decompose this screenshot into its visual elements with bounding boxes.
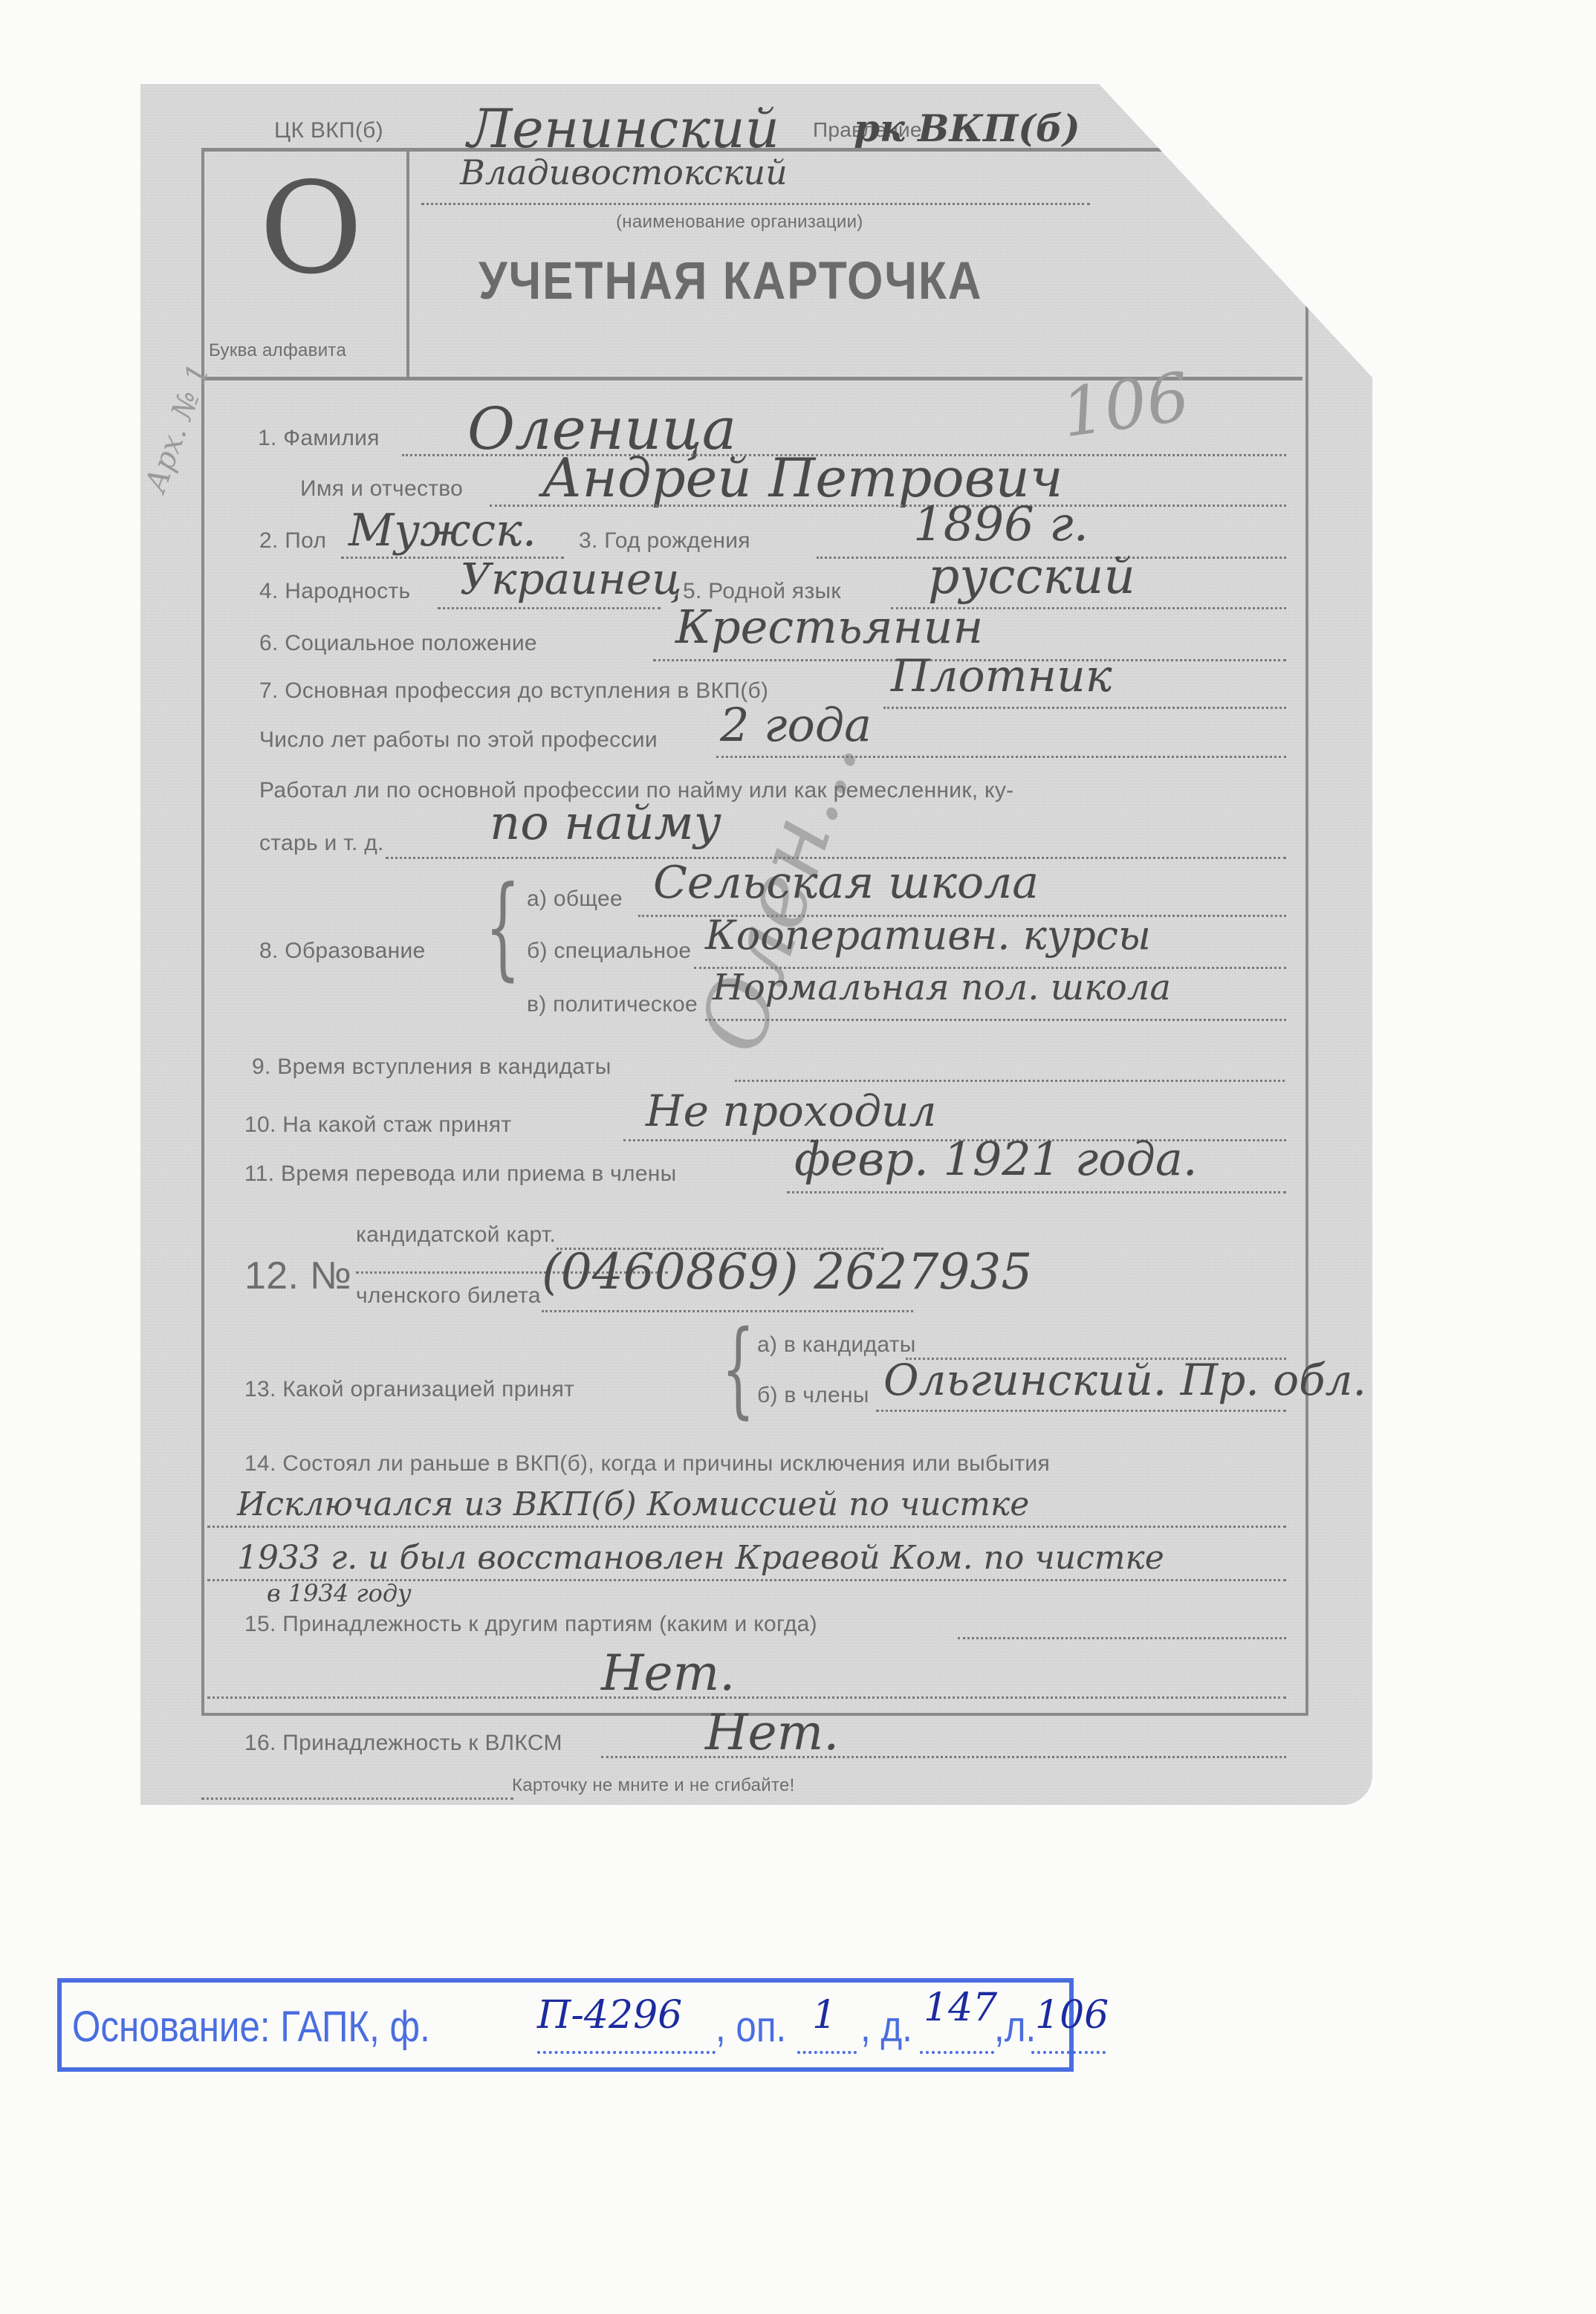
- profession-label: 7. Основная профессия до вступления в ВК…: [259, 678, 768, 704]
- prior-line-1: [207, 1526, 1286, 1528]
- stamp-list-label: ,л.: [994, 2002, 1036, 2052]
- org-line: [421, 203, 1090, 205]
- archive-stamp: Основание: ГАПК, ф. П-4296 , оп. 1 , д. …: [57, 1978, 1074, 2072]
- org-caption: (наименование организации): [616, 212, 863, 233]
- stamp-fond-line: [537, 2051, 716, 2054]
- card-numbers-label: 12. №: [244, 1254, 351, 1298]
- education-political-value: Нормальная пол. школа: [713, 967, 1171, 1008]
- registration-card: ЦК ВКП(б) Ленинский Правление рк ВКП(б) …: [140, 84, 1372, 1805]
- nationality-value: Украинец: [460, 554, 682, 604]
- education-general-label: а) общее: [527, 887, 623, 912]
- accepting-org-label: 13. Какой организацией принят: [244, 1377, 574, 1402]
- education-label: 8. Образование: [259, 939, 426, 964]
- org-handwritten: Владивостокский: [460, 152, 788, 192]
- probation-value: Не проходил: [646, 1086, 936, 1136]
- social-status-label: 6. Социальное положение: [259, 631, 537, 656]
- member-ticket-label: членского билета: [356, 1283, 541, 1309]
- social-status-value: Крестьянин: [675, 600, 983, 654]
- stamp-delo: 147: [924, 1986, 997, 2030]
- employment-value: по найму: [490, 796, 721, 851]
- komsomol-value: Нет.: [705, 1704, 839, 1761]
- prior-membership-label: 14. Состоял ли раньше в ВКП(б), когда и …: [244, 1451, 1050, 1477]
- education-political-line: [705, 1019, 1286, 1021]
- probation-label: 10. На какой стаж принят: [244, 1112, 511, 1138]
- name-label: Имя и отчество: [300, 476, 463, 502]
- party-label: ЦК ВКП(б): [274, 118, 383, 143]
- birth-year-value: 1896 г.: [913, 497, 1089, 552]
- other-parties-value: Нет.: [601, 1644, 735, 1702]
- board-handwritten: рк ВКП(б): [854, 106, 1080, 150]
- accepting-members-line: [876, 1410, 1286, 1412]
- footer-line: [201, 1798, 513, 1800]
- other-parties-label: 15. Принадлежность к другим партиям (как…: [244, 1612, 817, 1637]
- letter-handwritten: О: [259, 155, 363, 302]
- prior-membership-line-3: в 1934 году: [267, 1579, 412, 1607]
- profession-line: [883, 707, 1286, 709]
- other-parties-line-a: [958, 1637, 1286, 1639]
- accepting-members-label: б) в члены: [757, 1383, 869, 1408]
- stamp-opis-label: , оп.: [716, 2002, 786, 2052]
- education-special-label: б) специальное: [527, 939, 691, 964]
- prior-membership-line-2: 1933 г. и был восстановлен Краевой Ком. …: [237, 1539, 1164, 1577]
- education-special-value: Кооперативн. курсы: [705, 912, 1151, 959]
- card-title: УЧЕТНАЯ КАРТОЧКА: [479, 251, 983, 312]
- stamp-opis: 1: [812, 1993, 837, 2038]
- sex-label: 2. Пол: [259, 528, 326, 554]
- accepting-members-value: Ольгинский. Пр. обл.: [883, 1355, 1366, 1405]
- employment-label-2: старь и т. д.: [259, 831, 384, 856]
- years-value: 2 года: [720, 698, 872, 752]
- years-label: Число лет работы по этой профессии: [259, 727, 658, 753]
- education-general-value: Сельская школа: [653, 857, 1039, 909]
- stamp-delo-label: , д.: [860, 2002, 912, 2052]
- stamp-prefix: Основание: ГАПК, ф.: [72, 2002, 430, 2052]
- membership-date-value: февр. 1921 года.: [794, 1132, 1198, 1186]
- nationality-label: 4. Народность: [259, 579, 410, 604]
- surname-label: 1. Фамилия: [258, 426, 380, 451]
- name-line: [490, 505, 1286, 507]
- komsomol-label: 16. Принадлежность к ВЛКСМ: [244, 1731, 562, 1756]
- candidate-card-label: кандидатской карт.: [356, 1222, 556, 1248]
- letter-box-divider: [406, 148, 409, 378]
- prior-membership-line-1: Исключался из ВКП(б) Комиссией по чистке: [237, 1485, 1029, 1523]
- stamp-delo-line: [920, 2051, 994, 2054]
- nationality-line: [438, 607, 661, 609]
- stamp-list: 106: [1035, 1993, 1109, 2038]
- education-brace: {: [485, 872, 521, 983]
- membership-date-line: [787, 1191, 1286, 1193]
- stamp-fond: П-4296: [537, 1993, 682, 2038]
- letter-caption: Буква алфавита: [209, 340, 346, 361]
- candidate-date-line: [735, 1080, 1285, 1082]
- other-parties-line-b: [207, 1696, 1286, 1699]
- komsomol-line: [601, 1756, 1286, 1758]
- profession-value: Плотник: [891, 650, 1112, 702]
- birth-year-label: 3. Год рождения: [579, 528, 750, 554]
- member-ticket-value: (0460869) 2627935: [542, 1243, 1032, 1300]
- sex-value: Мужск.: [348, 505, 536, 557]
- years-line: [716, 756, 1286, 758]
- footer-note: Карточку не мните и не сгибайте!: [512, 1775, 795, 1796]
- accepting-org-brace: {: [721, 1318, 755, 1422]
- native-language-value: русский: [928, 548, 1135, 605]
- education-political-label: в) политическое: [527, 992, 698, 1017]
- membership-date-label: 11. Время перевода или приема в члены: [244, 1161, 677, 1187]
- stamp-list-line: [1031, 2051, 1106, 2054]
- stamp-opis-line: [797, 2051, 857, 2054]
- candidate-date-label: 9. Время вступления в кандидаты: [252, 1054, 612, 1080]
- accepting-candidates-label: а) в кандидаты: [757, 1332, 916, 1358]
